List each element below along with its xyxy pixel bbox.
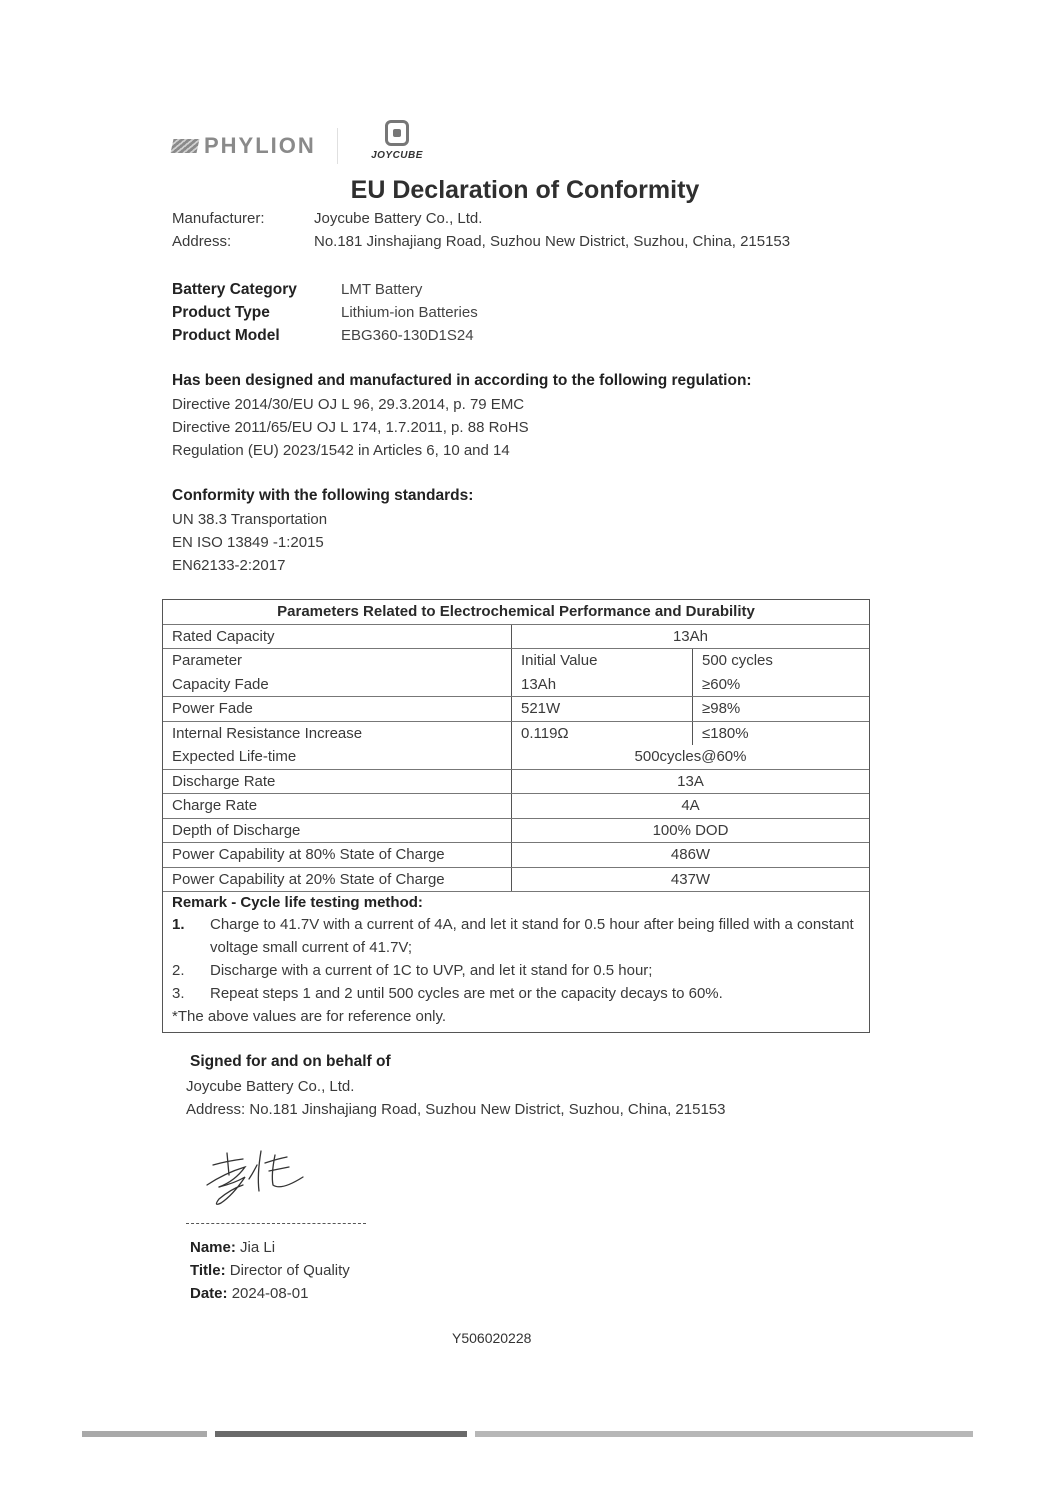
remark-note: *The above values are for reference only…	[172, 1005, 860, 1028]
row-value: 437W	[512, 871, 869, 888]
row-initial-value: 521W	[512, 697, 693, 721]
regulation-heading: Has been designed and manufactured in ac…	[172, 372, 752, 390]
standard-item: UN 38.3 Transportation	[172, 511, 327, 528]
footer-bar-middle	[215, 1431, 467, 1437]
table-row: Discharge Rate 13A	[163, 769, 869, 794]
table-row: Power Fade 521W ≥98%	[163, 696, 869, 721]
signed-heading: Signed for and on behalf of	[190, 1053, 391, 1071]
row-initial-value: 0.119Ω	[512, 722, 693, 746]
address-value: No.181 Jinshajiang Road, Suzhou New Dist…	[314, 233, 790, 250]
col-header-initial: Initial Value	[512, 649, 693, 673]
standards-heading: Conformity with the following standards:	[172, 487, 473, 505]
regulation-item: Directive 2014/30/EU OJ L 96, 29.3.2014,…	[172, 396, 524, 413]
page-title: EU Declaration of Conformity	[0, 176, 1050, 205]
table-row: Depth of Discharge 100% DOD	[163, 818, 869, 843]
col-header-cycles: 500 cycles	[693, 652, 869, 669]
remark-title: Remark - Cycle life testing method:	[172, 894, 860, 911]
handwritten-signature	[205, 1145, 335, 1215]
product-model-value: EBG360-130D1S24	[341, 327, 474, 344]
phylion-mark-icon	[171, 139, 200, 153]
signature-line	[186, 1223, 366, 1224]
row-label: Capacity Fade	[163, 673, 512, 697]
remark-step: 2. Discharge with a current of 1C to UVP…	[172, 959, 860, 982]
row-label: Power Capability at 20% State of Charge	[163, 868, 512, 892]
regulation-item: Directive 2011/65/EU OJ L 174, 1.7.2011,…	[172, 419, 529, 436]
step-number: 2.	[172, 959, 210, 982]
product-model-label: Product Model	[172, 327, 280, 345]
step-number: 3.	[172, 982, 210, 1005]
product-type-value: Lithium-ion Batteries	[341, 304, 478, 321]
table-row: Power Capability at 80% State of Charge …	[163, 842, 869, 867]
remark-step: 3. Repeat steps 1 and 2 until 500 cycles…	[172, 982, 860, 1005]
regulation-item: Regulation (EU) 2023/1542 in Articles 6,…	[172, 442, 510, 459]
row-label: Rated Capacity	[163, 625, 512, 649]
table-row: Power Capability at 20% State of Charge …	[163, 867, 869, 892]
signer-title: Title: Director of Quality	[190, 1262, 350, 1279]
signed-company: Joycube Battery Co., Ltd.	[186, 1078, 354, 1095]
table-row: Rated Capacity 13Ah	[163, 624, 869, 649]
product-type-label: Product Type	[172, 304, 270, 322]
remark-section: Remark - Cycle life testing method: 1. C…	[163, 891, 869, 1032]
col-header-parameter: Parameter	[163, 649, 512, 673]
table-row: Charge Rate 4A	[163, 793, 869, 818]
row-label: Power Fade	[163, 697, 512, 721]
remark-step: 1. Charge to 41.7V with a current of 4A,…	[172, 913, 860, 959]
address-label: Address:	[172, 233, 231, 250]
row-label: Charge Rate	[163, 794, 512, 818]
standard-item: EN ISO 13849 -1:2015	[172, 534, 324, 551]
joycube-logo: JOYCUBE	[366, 120, 428, 161]
signed-address: Address: No.181 Jinshajiang Road, Suzhou…	[186, 1101, 725, 1118]
manufacturer-label: Manufacturer:	[172, 210, 265, 227]
standard-item: EN62133-2:2017	[172, 557, 285, 574]
footer-bar-left	[82, 1431, 207, 1437]
joycube-wordmark: JOYCUBE	[366, 150, 428, 161]
step-number: 1.	[172, 913, 210, 959]
row-initial-value: 13Ah	[512, 673, 693, 697]
phylion-wordmark: PHYLION	[204, 133, 316, 159]
row-value: 500cycles@60%	[512, 748, 869, 765]
row-value: 13A	[512, 773, 869, 790]
table-row: Internal Resistance Increase 0.119Ω ≤180…	[163, 721, 869, 746]
table-title: Parameters Related to Electrochemical Pe…	[163, 600, 869, 624]
row-value: 13Ah	[512, 628, 869, 645]
step-text: Repeat steps 1 and 2 until 500 cycles ar…	[210, 982, 723, 1005]
logo-divider	[337, 128, 338, 164]
row-label: Depth of Discharge	[163, 819, 512, 843]
row-label: Discharge Rate	[163, 770, 512, 794]
row-cycles-value: ≤180%	[693, 725, 869, 742]
row-value: 486W	[512, 846, 869, 863]
row-cycles-value: ≥98%	[693, 700, 869, 717]
row-label: Expected Life-time	[163, 745, 512, 769]
row-cycles-value: ≥60%	[693, 676, 869, 693]
table-header-row: Parameter Initial Value 500 cycles	[163, 648, 869, 673]
parameters-table: Parameters Related to Electrochemical Pe…	[162, 599, 870, 1033]
row-label: Internal Resistance Increase	[163, 722, 512, 746]
battery-category-value: LMT Battery	[341, 281, 422, 298]
battery-category-label: Battery Category	[172, 281, 297, 299]
phylion-logo: PHYLION	[172, 133, 316, 159]
signer-name: Name: Jia Li	[190, 1239, 275, 1256]
table-row: Expected Life-time 500cycles@60%	[163, 745, 869, 769]
step-text: Discharge with a current of 1C to UVP, a…	[210, 959, 652, 982]
row-value: 100% DOD	[512, 822, 869, 839]
row-label: Power Capability at 80% State of Charge	[163, 843, 512, 867]
manufacturer-value: Joycube Battery Co., Ltd.	[314, 210, 482, 227]
signed-date: Date: 2024-08-01	[190, 1285, 308, 1302]
step-text: Charge to 41.7V with a current of 4A, an…	[210, 913, 860, 959]
cube-icon	[385, 120, 409, 146]
document-id: Y506020228	[452, 1330, 531, 1346]
row-value: 4A	[512, 797, 869, 814]
table-row: Capacity Fade 13Ah ≥60%	[163, 673, 869, 697]
footer-bar-right	[475, 1431, 973, 1437]
